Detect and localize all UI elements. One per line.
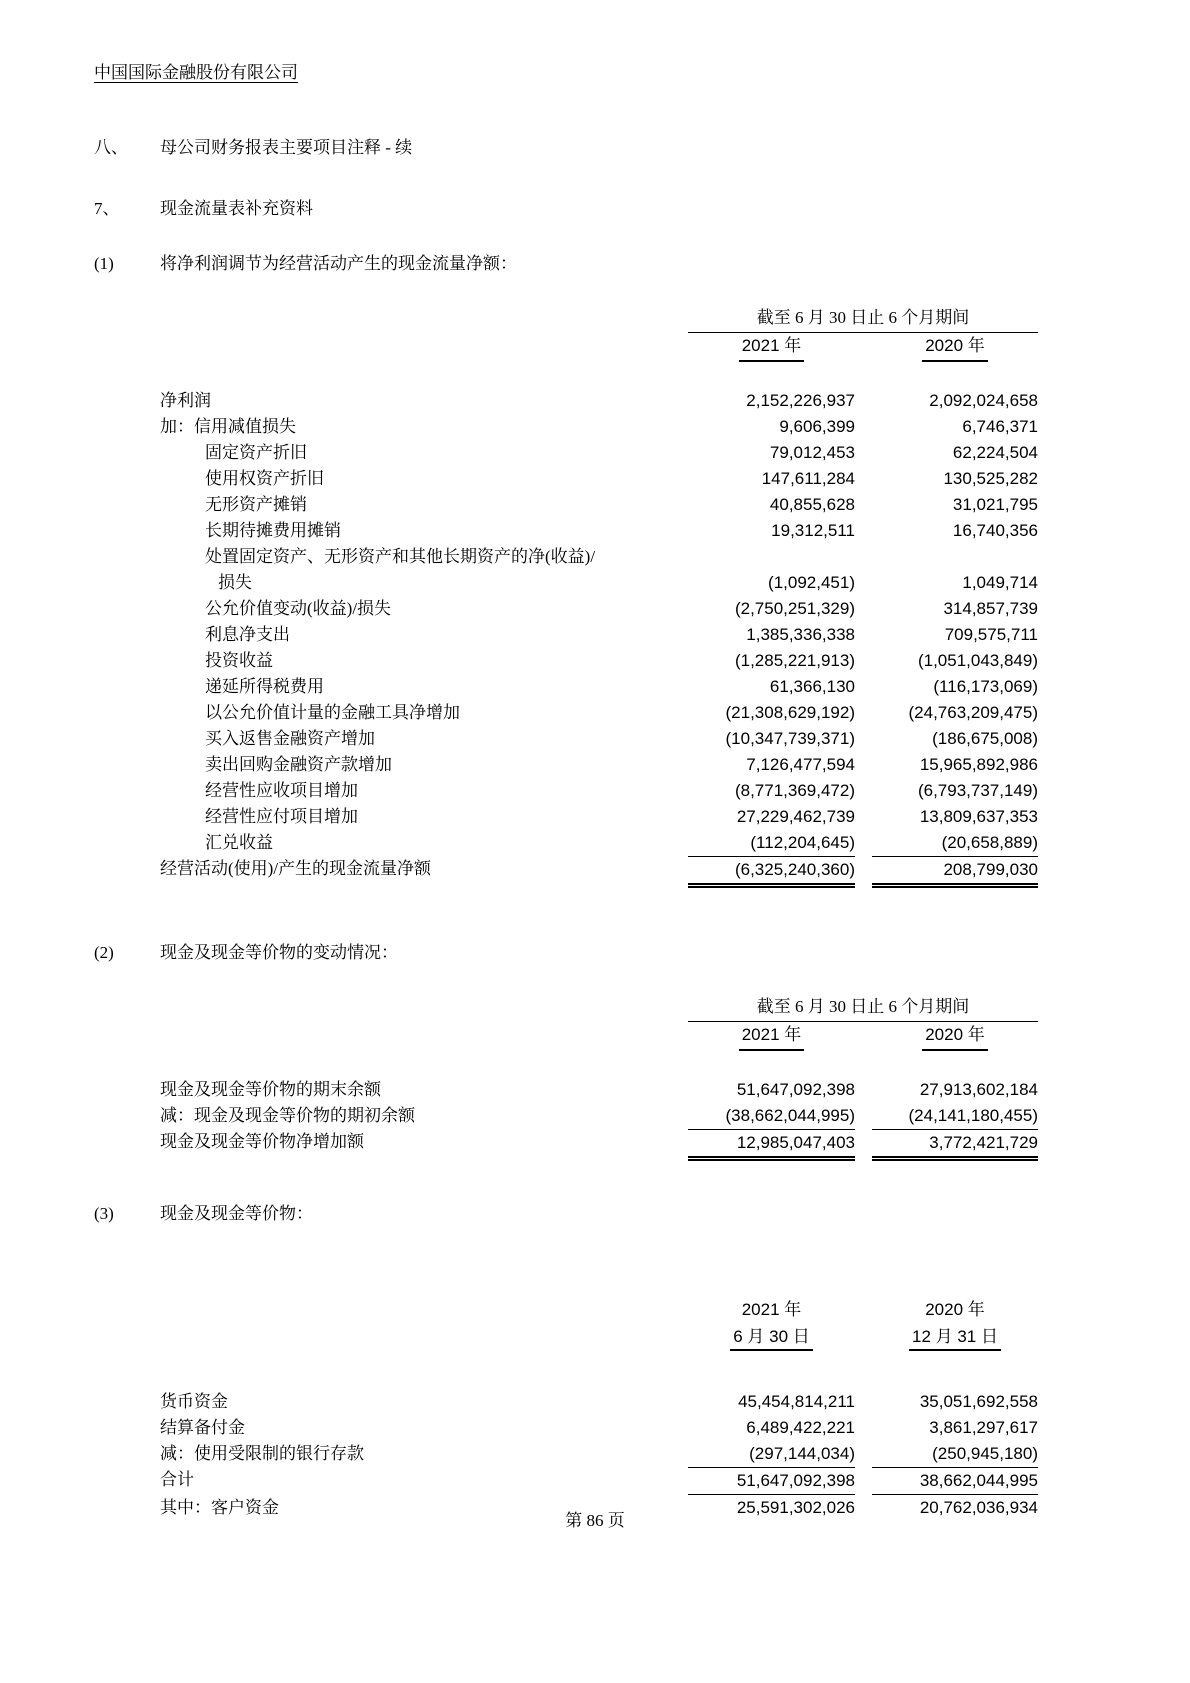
row-label: 经营性应付项目增加 (160, 804, 671, 830)
table-row: 买入返售金融资产增加 (10,347,739,371) (186,675,008… (160, 726, 1038, 752)
row-value-2021: 40,855,628 (688, 492, 855, 518)
row-value-2021: 147,611,284 (688, 466, 855, 492)
row-label: 现金及现金等价物的期末余额 (160, 1077, 671, 1103)
table-row: 经营性应付项目增加 27,229,462,739 13,809,637,353 (160, 804, 1038, 830)
row-value-2020: 130,525,282 (872, 466, 1038, 492)
row-value-2021: (1,092,451) (688, 570, 855, 596)
period-header-row: 截至 6 月 30 日止 6 个月期间 (160, 306, 1038, 333)
table-row: 固定资产折旧 79,012,453 62,224,504 (160, 440, 1038, 466)
row-value-2021: (297,144,034) (688, 1441, 855, 1467)
table-row: 货币资金 45,454,814,211 35,051,692,558 (160, 1389, 1038, 1415)
row-value-2021: 45,454,814,211 (688, 1389, 855, 1415)
part3-number: (3) (94, 1204, 160, 1224)
section-heading: 八、 母公司财务报表主要项目注释 - 续 (94, 133, 1054, 158)
table-row: 递延所得税费用 61,366,130 (116,173,069) (160, 674, 1038, 700)
row-value-2021: (6,325,240,360) (688, 856, 855, 888)
row-value-2021: 61,366,130 (688, 674, 855, 700)
row-value-2020: 62,224,504 (872, 440, 1038, 466)
section-number: 八、 (94, 133, 160, 158)
col-header-date: 12 月 31 日 (909, 1324, 1001, 1351)
table-part3-rows: 货币资金 45,454,814,211 35,051,692,558 结算备付金… (160, 1389, 1038, 1521)
part1-number: (1) (94, 254, 160, 274)
row-value-2020: 38,662,044,995 (872, 1467, 1038, 1495)
table-row: 投资收益 (1,285,221,913) (1,051,043,849) (160, 648, 1038, 674)
col-header-date: 6 月 30 日 (730, 1324, 813, 1351)
row-label: 结算备付金 (160, 1415, 671, 1441)
row-value-2021: 51,647,092,398 (688, 1467, 855, 1495)
subsection-number: 7、 (94, 194, 160, 219)
spacer (160, 1051, 1038, 1077)
row-label: 损失 (160, 570, 671, 596)
row-value-2020: 27,913,602,184 (872, 1077, 1038, 1103)
table-row: 公允价值变动(收益)/损失 (2,750,251,329) 314,857,73… (160, 596, 1038, 622)
col-header-2021: 2021 年 (688, 333, 855, 362)
row-value-2020: 35,051,692,558 (872, 1389, 1038, 1415)
spacer (160, 1351, 1038, 1389)
table-row: 结算备付金 6,489,422,221 3,861,297,617 (160, 1415, 1038, 1441)
table-row: 利息净支出 1,385,336,338 709,575,711 (160, 622, 1038, 648)
table-row: 卖出回购金融资产款增加 7,126,477,594 15,965,892,986 (160, 752, 1038, 778)
col-header-2020-dec31: 2020 年 12 月 31 日 (872, 1296, 1038, 1351)
row-label: 处置固定资产、无形资产和其他长期资产的净(收益)/ (160, 544, 1038, 570)
row-value-2021: 7,126,477,594 (688, 752, 855, 778)
period-header-row: 截至 6 月 30 日止 6 个月期间 (160, 995, 1038, 1022)
spacer (160, 362, 1038, 388)
table-row: 损失 (1,092,451) 1,049,714 (160, 570, 1038, 596)
table-row: 减：使用受限制的银行存款 (297,144,034) (250,945,180) (160, 1441, 1038, 1467)
row-value-2021: (2,750,251,329) (688, 596, 855, 622)
row-value-2020: 314,857,739 (872, 596, 1038, 622)
col-header-year: 2020 年 (872, 1296, 1038, 1323)
row-label: 投资收益 (160, 648, 671, 674)
table-row: 加：信用减值损失 9,606,399 6,746,371 (160, 414, 1038, 440)
subsection-heading: 7、 现金流量表补充资料 (94, 194, 1054, 219)
table-row: 以公允价值计量的金融工具净增加 (21,308,629,192) (24,763… (160, 700, 1038, 726)
row-label: 无形资产摊销 (160, 492, 671, 518)
row-value-2020: 13,809,637,353 (872, 804, 1038, 830)
table-row: 汇兑收益 (112,204,645) (20,658,889) (160, 830, 1038, 856)
table-part3: 2021 年 6 月 30 日 2020 年 12 月 31 日 货币资金 45… (160, 1256, 1038, 1521)
row-label: 长期待摊费用摊销 (160, 518, 671, 544)
col-header-2021-jun30: 2021 年 6 月 30 日 (688, 1296, 855, 1351)
row-value-2020: 15,965,892,986 (872, 752, 1038, 778)
row-value-2020: 31,021,795 (872, 492, 1038, 518)
row-value-2020: 3,772,421,729 (872, 1129, 1038, 1161)
row-value-2020: 709,575,711 (872, 622, 1038, 648)
row-label: 固定资产折旧 (160, 440, 671, 466)
col-header-2020: 2020 年 (872, 1022, 1038, 1051)
row-value-2020: 1,049,714 (872, 570, 1038, 596)
row-label: 买入返售金融资产增加 (160, 726, 671, 752)
part1-title: 将净利润调节为经营活动产生的现金流量净额： (160, 249, 517, 274)
table-row: 长期待摊费用摊销 19,312,511 16,740,356 (160, 518, 1038, 544)
table-row: 经营性应收项目增加 (8,771,369,472) (6,793,737,149… (160, 778, 1038, 804)
row-value-2021: (112,204,645) (688, 830, 855, 856)
table-part1-rows: 净利润 2,152,226,937 2,092,024,658 加：信用减值损失… (160, 388, 1038, 888)
year-header-row: 2021 年 2020 年 (160, 1022, 1038, 1051)
row-label: 减：使用受限制的银行存款 (160, 1441, 671, 1467)
part3-title: 现金及现金等价物： (160, 1199, 313, 1224)
row-label: 合计 (160, 1467, 671, 1495)
page-number: 第 86 页 (0, 1506, 1190, 1531)
row-label: 现金及现金等价物净增加额 (160, 1129, 671, 1161)
year-header-row: 2021 年 2020 年 (160, 333, 1038, 362)
table-row: 无形资产摊销 40,855,628 31,021,795 (160, 492, 1038, 518)
table-row: 经营活动(使用)/产生的现金流量净额 (6,325,240,360) 208,7… (160, 856, 1038, 888)
row-value-2021: (10,347,739,371) (688, 726, 855, 752)
part2-heading: (2) 现金及现金等价物的变动情况： (94, 938, 1054, 963)
row-value-2020: 2,092,024,658 (872, 388, 1038, 414)
row-label: 递延所得税费用 (160, 674, 671, 700)
row-value-2021: 79,012,453 (688, 440, 855, 466)
period-header: 截至 6 月 30 日止 6 个月期间 (688, 306, 1038, 333)
part3-heading: (3) 现金及现金等价物： (94, 1199, 1054, 1224)
row-label: 净利润 (160, 388, 671, 414)
table-row: 现金及现金等价物净增加额 12,985,047,403 3,772,421,72… (160, 1129, 1038, 1161)
row-value-2020: 6,746,371 (872, 414, 1038, 440)
row-label: 加：信用减值损失 (160, 414, 671, 440)
row-value-2020: (1,051,043,849) (872, 648, 1038, 674)
table-row: 净利润 2,152,226,937 2,092,024,658 (160, 388, 1038, 414)
table-part2: 截至 6 月 30 日止 6 个月期间 2021 年 2020 年 现金及现金等… (160, 995, 1038, 1161)
part2-title: 现金及现金等价物的变动情况： (160, 938, 398, 963)
table-row: 处置固定资产、无形资产和其他长期资产的净(收益)/ (160, 544, 1038, 570)
row-value-2021: 19,312,511 (688, 518, 855, 544)
row-label: 货币资金 (160, 1389, 671, 1415)
row-value-2021: 51,647,092,398 (688, 1077, 855, 1103)
company-name: 中国国际金融股份有限公司 (94, 58, 1054, 83)
part2-number: (2) (94, 943, 160, 963)
row-label: 经营活动(使用)/产生的现金流量净额 (160, 856, 671, 888)
section-title: 母公司财务报表主要项目注释 - 续 (160, 133, 412, 158)
row-label: 减：现金及现金等价物的期初余额 (160, 1103, 671, 1129)
row-label: 经营性应收项目增加 (160, 778, 671, 804)
row-value-2021: 12,985,047,403 (688, 1129, 855, 1161)
row-label: 公允价值变动(收益)/损失 (160, 596, 671, 622)
row-value-2020: (116,173,069) (872, 674, 1038, 700)
row-value-2021: (1,285,221,913) (688, 648, 855, 674)
row-value-2020: (20,658,889) (872, 830, 1038, 856)
table-part1: 截至 6 月 30 日止 6 个月期间 2021 年 2020 年 净利润 2,… (160, 306, 1038, 888)
col-header-year: 2021 年 (688, 1296, 855, 1323)
row-value-2020: 16,740,356 (872, 518, 1038, 544)
col-header-2020: 2020 年 (872, 333, 1038, 362)
page-content: 中国国际金融股份有限公司 八、 母公司财务报表主要项目注释 - 续 7、 现金流… (0, 0, 1054, 1521)
row-value-2021: 27,229,462,739 (688, 804, 855, 830)
row-value-2020: (250,945,180) (872, 1441, 1038, 1467)
row-label: 利息净支出 (160, 622, 671, 648)
row-label: 以公允价值计量的金融工具净增加 (160, 700, 671, 726)
col-header-2021: 2021 年 (688, 1022, 855, 1051)
row-value-2021: (8,771,369,472) (688, 778, 855, 804)
row-value-2020: 208,799,030 (872, 856, 1038, 888)
subsection-title: 现金流量表补充资料 (160, 194, 313, 219)
table-row: 现金及现金等价物的期末余额 51,647,092,398 27,913,602,… (160, 1077, 1038, 1103)
row-value-2020: (6,793,737,149) (872, 778, 1038, 804)
row-value-2021: (38,662,044,995) (688, 1103, 855, 1129)
row-label: 汇兑收益 (160, 830, 671, 856)
row-value-2020: (186,675,008) (872, 726, 1038, 752)
date-header-row: 2021 年 6 月 30 日 2020 年 12 月 31 日 (160, 1296, 1038, 1351)
row-value-2021: (21,308,629,192) (688, 700, 855, 726)
row-value-2020: (24,763,209,475) (872, 700, 1038, 726)
spacer (160, 1256, 1038, 1296)
part1-heading: (1) 将净利润调节为经营活动产生的现金流量净额： (94, 249, 1054, 274)
row-label: 使用权资产折旧 (160, 466, 671, 492)
row-value-2020: 3,861,297,617 (872, 1415, 1038, 1441)
row-label: 卖出回购金融资产款增加 (160, 752, 671, 778)
row-value-2021: 6,489,422,221 (688, 1415, 855, 1441)
table-row: 使用权资产折旧 147,611,284 130,525,282 (160, 466, 1038, 492)
row-value-2021: 9,606,399 (688, 414, 855, 440)
table-row: 合计 51,647,092,398 38,662,044,995 (160, 1467, 1038, 1495)
row-value-2021: 2,152,226,937 (688, 388, 855, 414)
table-row: 减：现金及现金等价物的期初余额 (38,662,044,995) (24,141… (160, 1103, 1038, 1129)
row-value-2020: (24,141,180,455) (872, 1103, 1038, 1129)
period-header: 截至 6 月 30 日止 6 个月期间 (688, 995, 1038, 1022)
row-value-2021: 1,385,336,338 (688, 622, 855, 648)
table-part2-rows: 现金及现金等价物的期末余额 51,647,092,398 27,913,602,… (160, 1077, 1038, 1161)
